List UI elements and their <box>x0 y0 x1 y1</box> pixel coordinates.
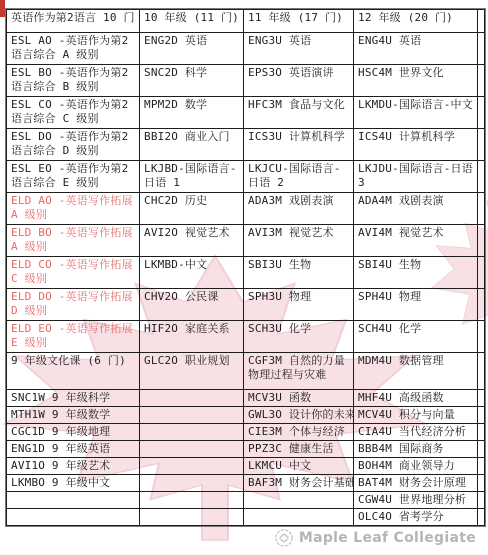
course-cell: MCV3U 函数 <box>244 390 354 407</box>
table-header-row: 英语作为第2语言 10 门10 年级 (11 门)11 年级 (17 门)12 … <box>7 10 485 33</box>
course-cell: AVI3M 视觉艺术 <box>244 225 354 257</box>
course-cell: MPM2D 数学 <box>140 97 244 129</box>
column-header-1: 英语作为第2语言 10 门 <box>7 10 140 33</box>
course-cell: LKJBD-国际语言-日语 1 <box>140 161 244 193</box>
course-cell: PPZ3C 健康生活 <box>244 441 354 458</box>
course-cell: BAF3M 财务会计基础 <box>244 475 354 492</box>
cropped-cell <box>478 424 485 441</box>
course-cell: GWL3O 设计你的未来 <box>244 407 354 424</box>
course-cell: AVI4M 视觉艺术 <box>354 225 478 257</box>
cropped-cell <box>478 509 485 526</box>
footer-brand-label: Maple Leaf Collegiate <box>299 530 476 546</box>
course-cell: ELD DO -英语写作拓展 D 级别 <box>7 289 140 321</box>
cropped-cell <box>478 225 485 257</box>
table-row: ESL CO -英语作为第2语言综合 C 级别MPM2D 数学HFC3M 食品与… <box>7 97 485 129</box>
course-cell: ICS4U 计算机科学 <box>354 129 478 161</box>
table-row: ESL EO -英语作为第2语言综合 E 级别LKJBD-国际语言-日语 1LK… <box>7 161 485 193</box>
cropped-cell <box>478 193 485 225</box>
table-row: CGW4U 世界地理分析 <box>7 492 485 509</box>
course-cell: SBI3U 生物 <box>244 257 354 289</box>
course-cell <box>140 492 244 509</box>
course-cell <box>140 441 244 458</box>
course-cell: CGW4U 世界地理分析 <box>354 492 478 509</box>
course-cell <box>7 509 140 526</box>
course-cell: ESL BO -英语作为第2语言综合 B 级别 <box>7 65 140 97</box>
course-cell: CGC1D 9 年级地理 <box>7 424 140 441</box>
course-cell <box>140 390 244 407</box>
cropped-cell <box>478 65 485 97</box>
course-cell: ENG4U 英语 <box>354 33 478 65</box>
course-cell: ENG2D 英语 <box>140 33 244 65</box>
cropped-cell <box>478 492 485 509</box>
course-cell: ENG1D 9 年级英语 <box>7 441 140 458</box>
course-cell: CGF3M 自然的力量 物理过程与灾难 <box>244 353 354 390</box>
course-cell: ESL DO -英语作为第2语言综合 D 级别 <box>7 129 140 161</box>
column-header-cropped <box>478 10 485 33</box>
course-cell: BAT4M 财务会计原理 <box>354 475 478 492</box>
course-cell: ELD BO -英语写作拓展 A 级别 <box>7 225 140 257</box>
course-cell: ESL AO -英语作为第2语言综合 A 级别 <box>7 33 140 65</box>
course-cell: ENG3U 英语 <box>244 33 354 65</box>
course-cell: ADA4M 戏剧表演 <box>354 193 478 225</box>
course-cell: MDM4U 数据管理 <box>354 353 478 390</box>
course-cell: HFC3M 食品与文化 <box>244 97 354 129</box>
course-cell: ELD AO -英语写作拓展 A 级别 <box>7 193 140 225</box>
corner-accent <box>0 0 5 17</box>
course-cell <box>140 458 244 475</box>
cropped-cell <box>478 289 485 321</box>
table-row: ESL BO -英语作为第2语言综合 B 级别SNC2D 科学EPS3O 英语演… <box>7 65 485 97</box>
table-row: LKMBO 9 年级中文BAF3M 财务会计基础BAT4M 财务会计原理 <box>7 475 485 492</box>
course-cell: LKJCU-国际语言-日语 2 <box>244 161 354 193</box>
course-cell <box>140 475 244 492</box>
course-cell: OLC4O 省考学分 <box>354 509 478 526</box>
cropped-cell <box>478 129 485 161</box>
table-row: AVI1O 9 年级艺术LKMCU 中文BOH4M 商业领导力 <box>7 458 485 475</box>
course-cell: SCH3U 化学 <box>244 321 354 353</box>
table-row: ENG1D 9 年级英语PPZ3C 健康生活BBB4M 国际商务 <box>7 441 485 458</box>
cropped-cell <box>478 390 485 407</box>
cropped-cell <box>478 33 485 65</box>
course-cell: LKJDU-国际语言-日语 3 <box>354 161 478 193</box>
course-cell: LKMDU-国际语言-中文 <box>354 97 478 129</box>
course-cell: SCH4U 化学 <box>354 321 478 353</box>
table-row: ELD DO -英语写作拓展 D 级别CHV2O 公民课SPH3U 物理SPH4… <box>7 289 485 321</box>
cropped-cell <box>478 353 485 390</box>
course-cell: MTH1W 9 年级数学 <box>7 407 140 424</box>
cropped-cell <box>478 97 485 129</box>
course-cell: AVI2O 视觉艺术 <box>140 225 244 257</box>
course-cell: BOH4M 商业领导力 <box>354 458 478 475</box>
course-cell: HIF2O 家庭关系 <box>140 321 244 353</box>
course-cell: ESL CO -英语作为第2语言综合 C 级别 <box>7 97 140 129</box>
course-cell: BBI2O 商业入门 <box>140 129 244 161</box>
course-cell: ELD CO -英语写作拓展 C 级别 <box>7 257 140 289</box>
cropped-cell <box>478 321 485 353</box>
cropped-cell <box>478 458 485 475</box>
course-cell: LKMBD-中文 <box>140 257 244 289</box>
table-row: SNC1W 9 年级科学MCV3U 函数MHF4U 高级函数 <box>7 390 485 407</box>
footer-brand: Maple Leaf Collegiate <box>275 529 476 547</box>
table-row: ESL DO -英语作为第2语言综合 D 级别BBI2O 商业入门ICS3U 计… <box>7 129 485 161</box>
table-row: 9 年级文化课 (6 门)GLC2O 职业规划CGF3M 自然的力量 物理过程与… <box>7 353 485 390</box>
cropped-cell <box>478 475 485 492</box>
course-cell: CHV2O 公民课 <box>140 289 244 321</box>
course-cell: ESL EO -英语作为第2语言综合 E 级别 <box>7 161 140 193</box>
course-cell: CIE3M 个体与经济 <box>244 424 354 441</box>
table-row: ELD CO -英语写作拓展 C 级别LKMBD-中文SBI3U 生物SBI4U… <box>7 257 485 289</box>
course-cell: ADA3M 戏剧表演 <box>244 193 354 225</box>
course-cell: SPH4U 物理 <box>354 289 478 321</box>
course-cell: CIA4U 当代经济分析 <box>354 424 478 441</box>
course-cell <box>244 492 354 509</box>
course-cell <box>7 492 140 509</box>
column-header-2: 10 年级 (11 门) <box>140 10 244 33</box>
cropped-cell <box>478 257 485 289</box>
course-cell <box>244 509 354 526</box>
table-row: ELD EO -英语写作拓展 E 级别HIF2O 家庭关系SCH3U 化学SCH… <box>7 321 485 353</box>
course-cell <box>140 424 244 441</box>
course-cell: GLC2O 职业规划 <box>140 353 244 390</box>
table-row: ELD AO -英语写作拓展 A 级别CHC2D 历史ADA3M 戏剧表演ADA… <box>7 193 485 225</box>
table-row: ESL AO -英语作为第2语言综合 A 级别ENG2D 英语ENG3U 英语E… <box>7 33 485 65</box>
cropped-cell <box>478 441 485 458</box>
course-cell: HSC4M 世界文化 <box>354 65 478 97</box>
course-cell: ELD EO -英语写作拓展 E 级别 <box>7 321 140 353</box>
course-cell: SPH3U 物理 <box>244 289 354 321</box>
course-cell: SNC1W 9 年级科学 <box>7 390 140 407</box>
table-row: CGC1D 9 年级地理CIE3M 个体与经济CIA4U 当代经济分析 <box>7 424 485 441</box>
table-row: MTH1W 9 年级数学GWL3O 设计你的未来MCV4U 积分与向量 <box>7 407 485 424</box>
course-cell: 9 年级文化课 (6 门) <box>7 353 140 390</box>
course-cell <box>140 509 244 526</box>
course-cell: LKMBO 9 年级中文 <box>7 475 140 492</box>
cropped-cell <box>478 161 485 193</box>
course-cell: MHF4U 高级函数 <box>354 390 478 407</box>
course-cell: ICS3U 计算机科学 <box>244 129 354 161</box>
course-cell: CHC2D 历史 <box>140 193 244 225</box>
course-table: 英语作为第2语言 10 门10 年级 (11 门)11 年级 (17 门)12 … <box>6 9 485 526</box>
column-header-4: 12 年级 (20 门) <box>354 10 478 33</box>
course-cell: BBB4M 国际商务 <box>354 441 478 458</box>
course-cell <box>140 407 244 424</box>
column-header-3: 11 年级 (17 门) <box>244 10 354 33</box>
course-cell: AVI1O 9 年级艺术 <box>7 458 140 475</box>
cropped-cell <box>478 407 485 424</box>
table-row: OLC4O 省考学分 <box>7 509 485 526</box>
course-cell: MCV4U 积分与向量 <box>354 407 478 424</box>
course-cell: EPS3O 英语演讲 <box>244 65 354 97</box>
maple-leaf-logo-icon <box>275 529 293 547</box>
course-cell: SNC2D 科学 <box>140 65 244 97</box>
table-row: ELD BO -英语写作拓展 A 级别AVI2O 视觉艺术AVI3M 视觉艺术A… <box>7 225 485 257</box>
course-cell: LKMCU 中文 <box>244 458 354 475</box>
page: 英语作为第2语言 10 门10 年级 (11 门)11 年级 (17 门)12 … <box>0 0 488 555</box>
course-cell: SBI4U 生物 <box>354 257 478 289</box>
